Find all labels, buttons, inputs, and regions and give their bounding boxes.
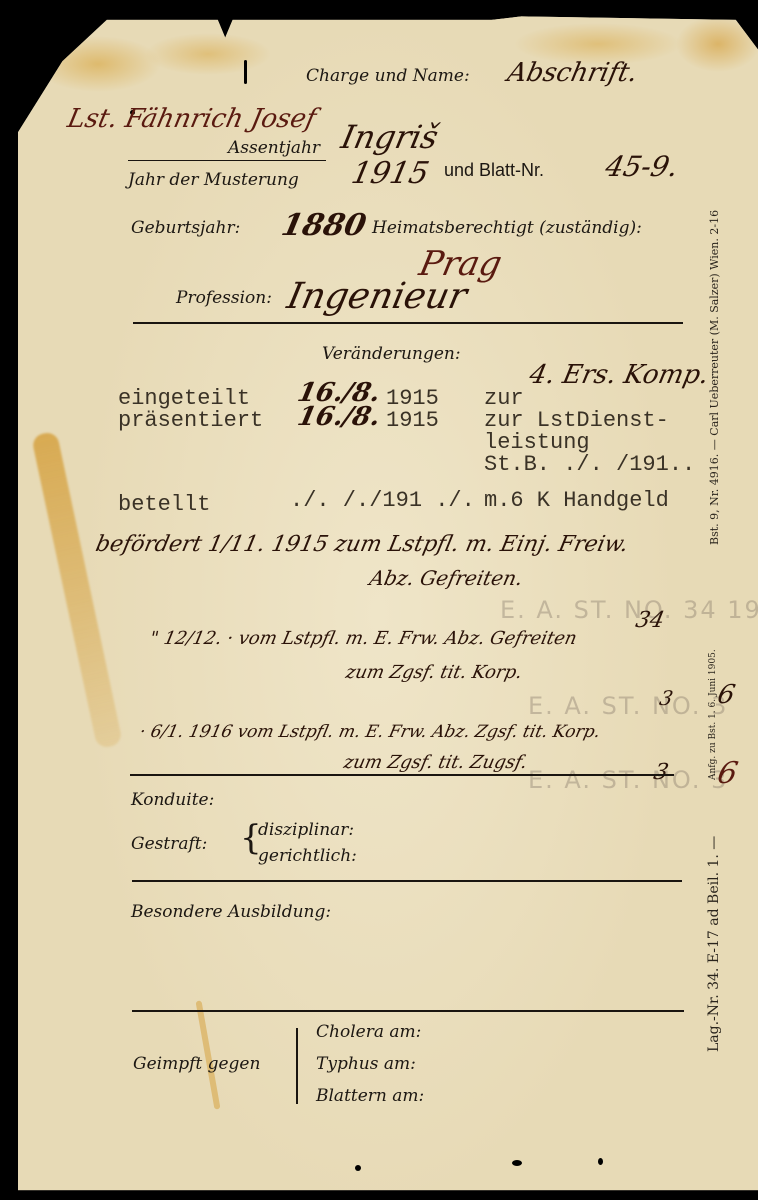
- typed-date: 16./8.: [295, 402, 383, 432]
- disziplinar-label: disziplinar:: [258, 820, 354, 840]
- geimpft-label: Geimpft gegen: [133, 1054, 260, 1074]
- stamp: E. A. ST. NO. 3: [528, 766, 728, 794]
- side-imprint-mid: Anfg. zu Bst. 1. 6. Juni 1905.: [708, 649, 718, 780]
- typed-dest: St.B. ./. /191..: [484, 454, 695, 475]
- section-rule: [132, 880, 682, 882]
- handwritten-dest: 4. Ers. Komp.: [527, 360, 712, 390]
- section-rule: [133, 322, 683, 324]
- typed-dest: m.6 K Handgeld: [484, 490, 669, 511]
- vaccination-item: Blattern am:: [316, 1086, 424, 1106]
- handwritten-entry: befördert 1/11. 1915 zum Lstpfl. m. Einj…: [93, 532, 630, 557]
- changes-label: Veränderungen:: [322, 344, 461, 364]
- blatt-value: 45-9.: [602, 150, 681, 183]
- paper-tear: [244, 60, 247, 84]
- assentjahr-label: Assentjahr: [228, 138, 320, 158]
- typed-dest: leistung: [484, 432, 590, 453]
- typed-date: ./. /./191 ./.: [290, 490, 475, 511]
- paper-damage: [355, 1165, 361, 1171]
- bracket: [296, 1028, 298, 1104]
- handwritten-entry: · 6/1. 1916 vom Lstpfl. m. E. Frw. Abz. …: [138, 722, 602, 742]
- fraction-rule: [128, 160, 326, 161]
- profession-label: Profession:: [176, 288, 272, 308]
- konduite-label: Konduite:: [131, 790, 214, 810]
- handwritten-entry: zum Zgsf. tit. Korp.: [344, 662, 524, 683]
- musterung-label: Jahr der Musterung: [128, 170, 299, 190]
- typed-dest: zur: [484, 388, 524, 409]
- typed-action: betellt: [118, 494, 210, 515]
- side-imprint-bottom: Lag.-Nr. 34. E-17 ad Beil. 1. —: [706, 836, 722, 1052]
- ausbildung-label: Besondere Ausbildung:: [131, 902, 331, 922]
- typed-year: 1915: [386, 410, 439, 431]
- typed-action: präsentiert: [118, 410, 263, 431]
- surname-value: Ingriš: [338, 118, 442, 156]
- blatt-label: und Blatt-Nr.: [444, 160, 544, 181]
- typed-dest: zur LstDienst-: [484, 410, 669, 431]
- gerichtlich-label: gerichtlich:: [258, 846, 357, 866]
- vaccination-item: Typhus am:: [316, 1054, 416, 1074]
- typed-action: eingeteilt: [118, 388, 250, 409]
- paper-damage: [598, 1158, 603, 1165]
- side-imprint-top: Bst. 9, Nr. 4916. — Carl Ueberreuter (M.…: [708, 210, 721, 545]
- handwritten-entry: Abz. Gefreiten.: [367, 566, 525, 590]
- vaccination-item: Cholera am:: [316, 1022, 421, 1042]
- stamp: E. A. ST. NO. 3: [528, 692, 728, 720]
- margin-number: 34: [633, 608, 666, 633]
- gestraft-label: Gestraft:: [131, 834, 207, 854]
- heimat-label: Heimatsberechtigt (zuständig):: [372, 218, 642, 238]
- profession-value: Ingenieur: [284, 276, 471, 317]
- stamp: E. A. ST. NO. 34 1912: [500, 596, 758, 624]
- charge-value: Abschrift.: [505, 58, 641, 88]
- name-value: Lst. Fähnrich Josef: [65, 104, 319, 134]
- geburtsjahr-label: Geburtsjahr:: [131, 218, 240, 238]
- paper-damage: [512, 1160, 522, 1166]
- typed-year: 1915: [386, 388, 439, 409]
- charge-label: Charge und Name:: [306, 66, 470, 86]
- handwritten-entry: " 12/12. · vom Lstpfl. m. E. Frw. Abz. G…: [148, 628, 579, 649]
- geburtsjahr-value: 1880: [278, 208, 369, 243]
- handwritten-entry: zum Zgsf. tit. Zugsf.: [342, 752, 529, 773]
- section-rule: [130, 774, 674, 776]
- year-value: 1915: [348, 156, 432, 191]
- section-rule: [132, 1010, 684, 1012]
